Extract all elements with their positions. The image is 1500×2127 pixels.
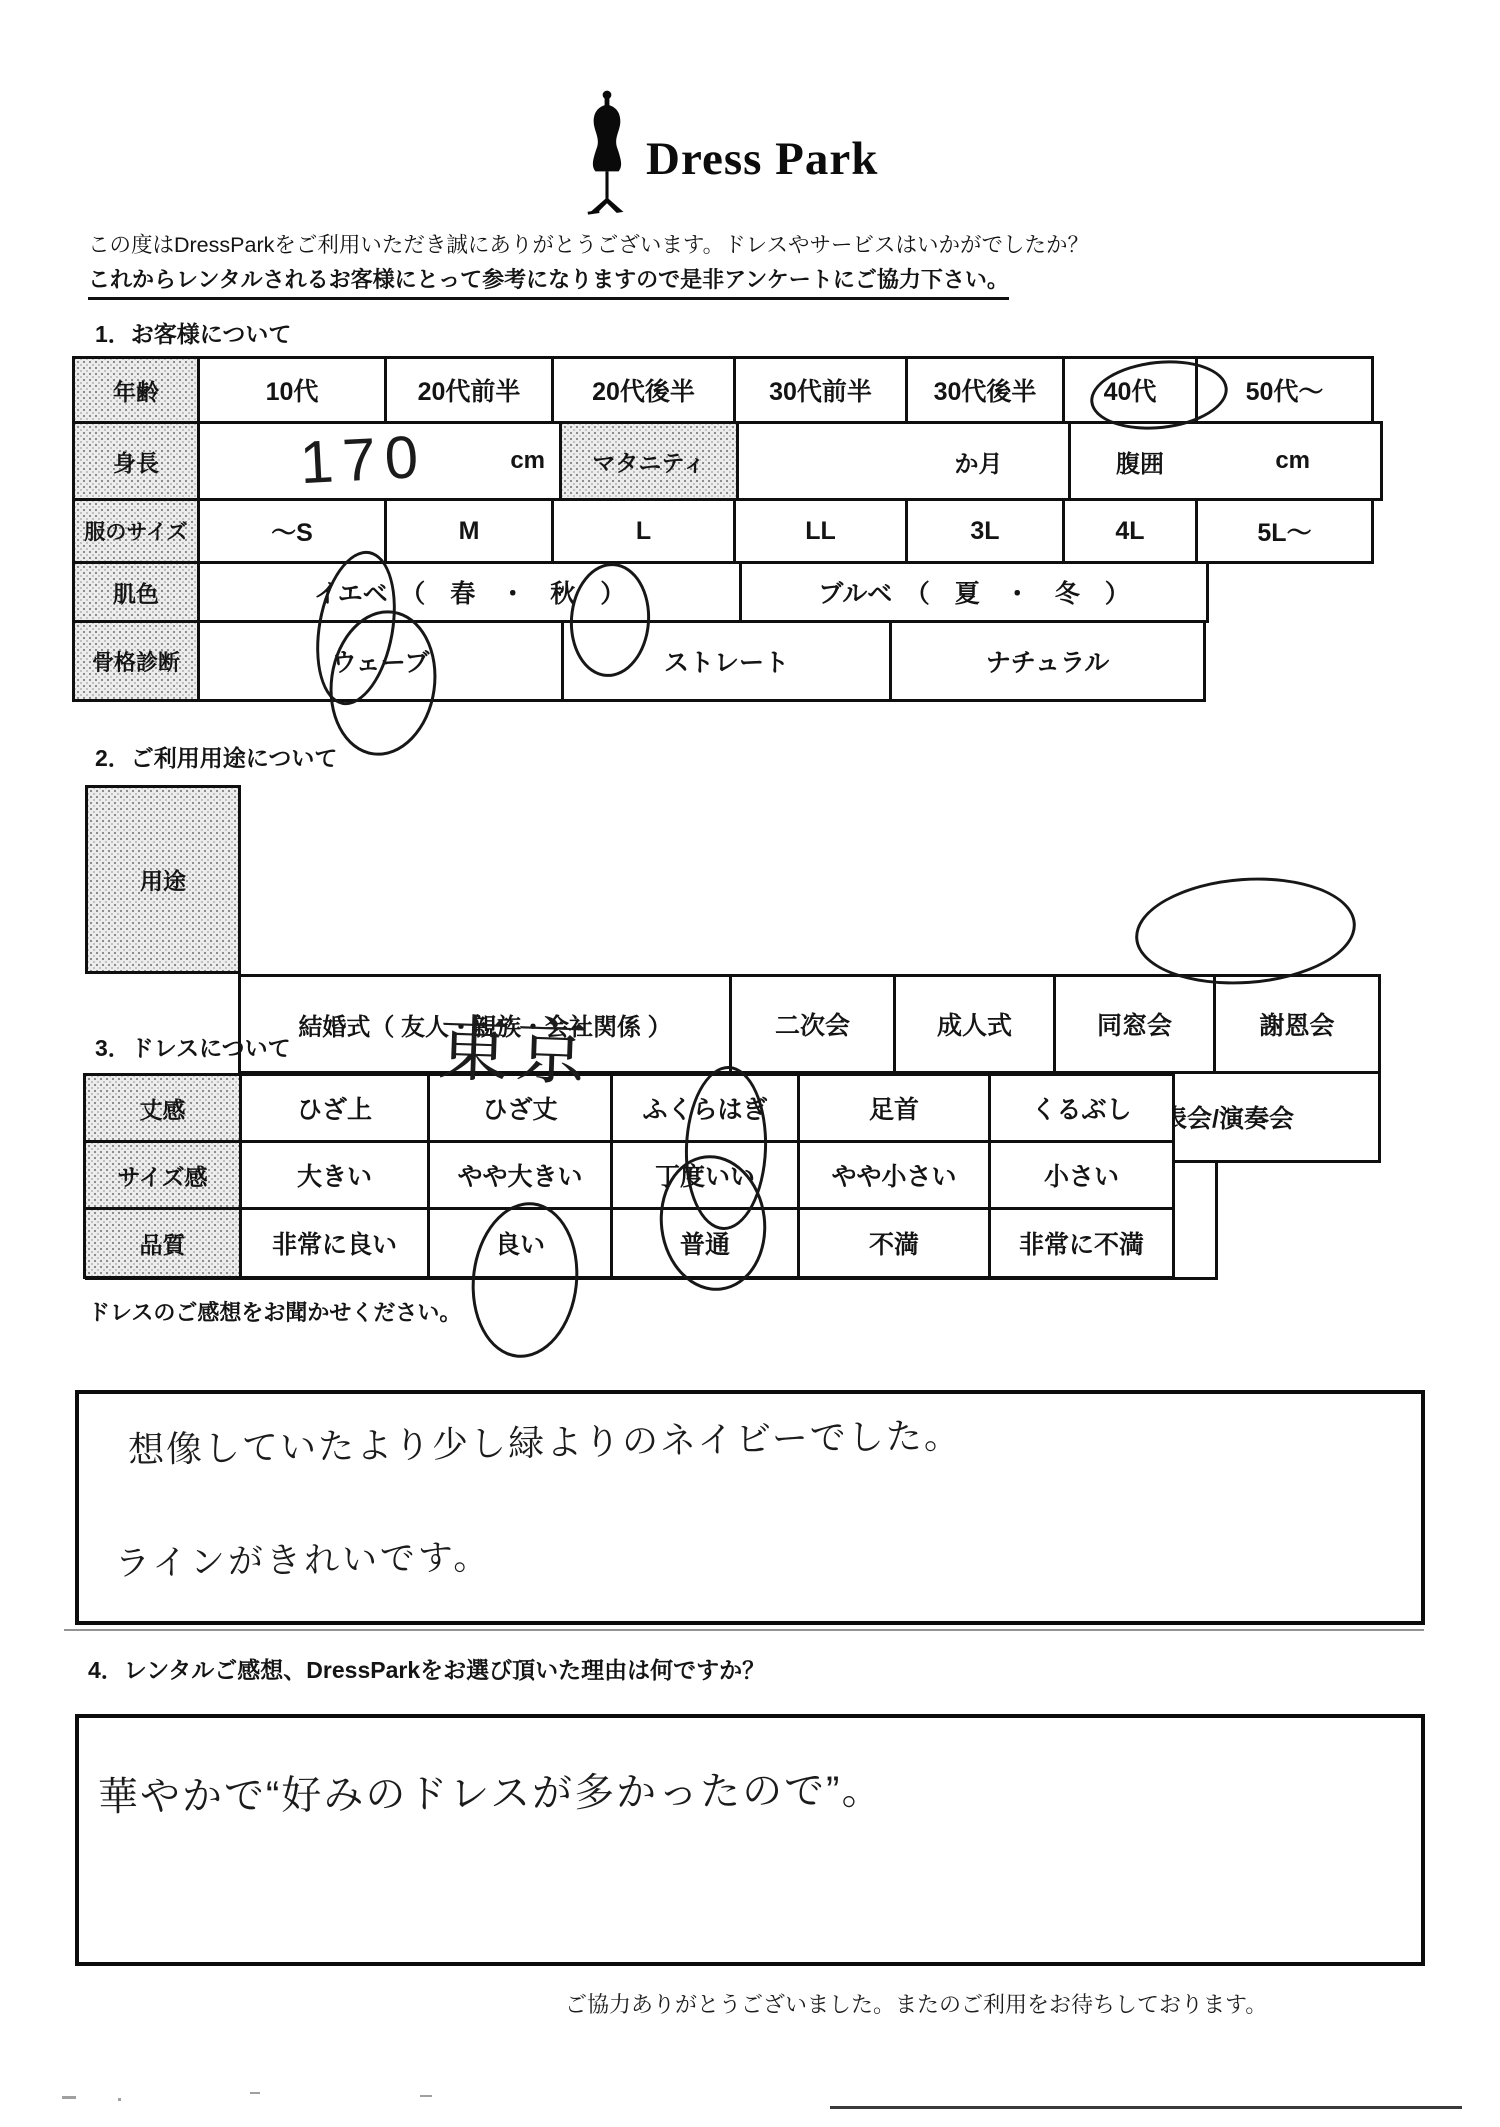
- quality-option-very-good: 非常に良い: [239, 1207, 430, 1279]
- body-type-option-natural: ナチュラル: [889, 620, 1206, 702]
- fit-option-big: 大きい: [239, 1140, 430, 1210]
- scan-artifact-line-bottom: [830, 2106, 1462, 2109]
- height-row: 身長 cm マタニティ か月 腹囲 cm: [72, 421, 1383, 501]
- clothing-size-row: 服のサイズ ～S M L LL 3L 4L 5L～: [72, 498, 1383, 564]
- height-unit: cm: [510, 447, 545, 475]
- quality-row: 品質 非常に良い 良い 普通 不満 非常に不満: [83, 1207, 1175, 1279]
- purpose-row-label: 用途: [85, 785, 241, 974]
- section4-title: 4．レンタルご感想、DressParkをお選び頂いた理由は何ですか？: [88, 1652, 765, 1685]
- maternity-label-cell: マタニティ: [559, 421, 739, 501]
- intro-line-2: これからレンタルされるお客様にとって参考になりますので是非アンケートにご協力下さ…: [88, 263, 1009, 300]
- purpose-row-1: 結婚式（ 友人・親族・会社関係 ） 二次会 成人式 同窓会 謝恩会: [85, 974, 1500, 1074]
- handwritten-height-value: 170: [298, 422, 429, 498]
- fit-row: サイズ感 大きい やや大きい 丁度いい やや小さい 小さい: [83, 1140, 1175, 1210]
- scanned-survey-page: { "brand": { "name": "Dress Park" }, "in…: [0, 0, 1500, 2127]
- skin-tone-row-label: 肌色: [72, 561, 200, 623]
- waist-label: 腹囲: [1116, 444, 1164, 479]
- size-option-m: M: [384, 498, 554, 564]
- age-option-late20s: 20代後半: [551, 356, 736, 424]
- skin-tone-row: 肌色 イエベ （ 春 ・ 秋 ） ブルベ （ 夏 ・ 冬 ）: [72, 561, 1383, 623]
- fit-row-label: サイズ感: [83, 1140, 242, 1210]
- quality-option-very-unsatisfied: 非常に不満: [988, 1207, 1175, 1279]
- quality-option-unsatisfied: 不満: [797, 1207, 991, 1279]
- fit-option-slightly-big: やや大きい: [427, 1140, 613, 1210]
- dress-form-icon: [578, 88, 636, 216]
- dress-comment-prompt: ドレスのご感想をお聞かせください。: [88, 1296, 461, 1327]
- size-option-ll: LL: [733, 498, 908, 564]
- height-row-label: 身長: [72, 421, 200, 501]
- skin-tone-cool-option: ブルベ （ 夏 ・ 冬 ）: [739, 561, 1209, 623]
- age-option-early20s: 20代前半: [384, 356, 554, 424]
- age-option-early30s: 30代前半: [733, 356, 908, 424]
- quality-row-label: 品質: [83, 1207, 242, 1279]
- length-row-label: 丈感: [83, 1073, 242, 1143]
- scan-speck: [62, 2096, 76, 2099]
- scan-artifact-line-box1: [64, 1629, 1424, 1631]
- section3-title: 3．ドレスについて: [95, 1030, 291, 1063]
- scan-speck: [420, 2095, 432, 2097]
- fit-option-slightly-small: やや小さい: [797, 1140, 991, 1210]
- intro-line-1: この度はDressParkをご利用いただき誠にありがとうございます。ドレスやサー…: [88, 228, 1089, 259]
- clothing-size-row-label: 服のサイズ: [72, 498, 200, 564]
- skin-tone-warm-option: イエベ （ 春 ・ 秋 ）: [197, 561, 742, 623]
- length-row: 丈感 ひざ上 ひざ丈 ふくらはぎ 足首 くるぶし: [83, 1073, 1175, 1143]
- purpose-option-reunion: 同窓会: [1053, 974, 1216, 1074]
- age-option-late30s: 30代後半: [905, 356, 1065, 424]
- scan-speck: [118, 2098, 121, 2101]
- fit-option-small: 小さい: [988, 1140, 1175, 1210]
- months-unit: か月: [955, 444, 1003, 479]
- brand-logo: Dress Park: [578, 88, 878, 216]
- section2-title: 2．ご利用用途について: [95, 740, 337, 773]
- size-option-l: L: [551, 498, 736, 564]
- reason-answer-box: [75, 1714, 1425, 1966]
- age-row-label: 年齢: [72, 356, 200, 424]
- section1-title: 1．お客様について: [95, 316, 291, 349]
- size-option-4l: 4L: [1062, 498, 1198, 564]
- handwritten-dress-comment-line2: ラインがきれいです。: [115, 1530, 492, 1587]
- age-option-10s: 10代: [197, 356, 387, 424]
- scan-speck: [250, 2092, 260, 2094]
- maternity-months-cell: か月: [736, 421, 1071, 501]
- length-option-above-knee: ひざ上: [239, 1073, 430, 1143]
- body-type-row: 骨格診断 ウェーブ ストレート ナチュラル: [72, 620, 1383, 702]
- handwritten-prefecture-value: 東京: [436, 990, 596, 1099]
- brand-name: Dress Park: [646, 132, 878, 186]
- size-option-3l: 3L: [905, 498, 1065, 564]
- waist-unit: cm: [1275, 447, 1310, 475]
- size-option-5l: 5L～: [1195, 498, 1374, 564]
- dress-feedback-table: 丈感 ひざ上 ひざ丈 ふくらはぎ 足首 くるぶし サイズ感 大きい やや大きい …: [83, 1073, 1175, 1279]
- footer-thanks-text: ご協力ありがとうございました。またのご利用をお待ちしております。: [565, 1988, 1267, 2019]
- waist-cell: 腹囲 cm: [1068, 421, 1383, 501]
- body-type-row-label: 骨格診断: [72, 620, 200, 702]
- purpose-option-coming-of-age: 成人式: [893, 974, 1056, 1074]
- length-option-ankle: 足首: [797, 1073, 991, 1143]
- purpose-option-thanks-party: 謝恩会: [1213, 974, 1381, 1074]
- length-option-anklebone: くるぶし: [988, 1073, 1175, 1143]
- handwritten-reason-answer: 華やかで“好みのドレスが多かったので”。: [98, 1759, 884, 1823]
- purpose-option-afterparty: 二次会: [729, 974, 896, 1074]
